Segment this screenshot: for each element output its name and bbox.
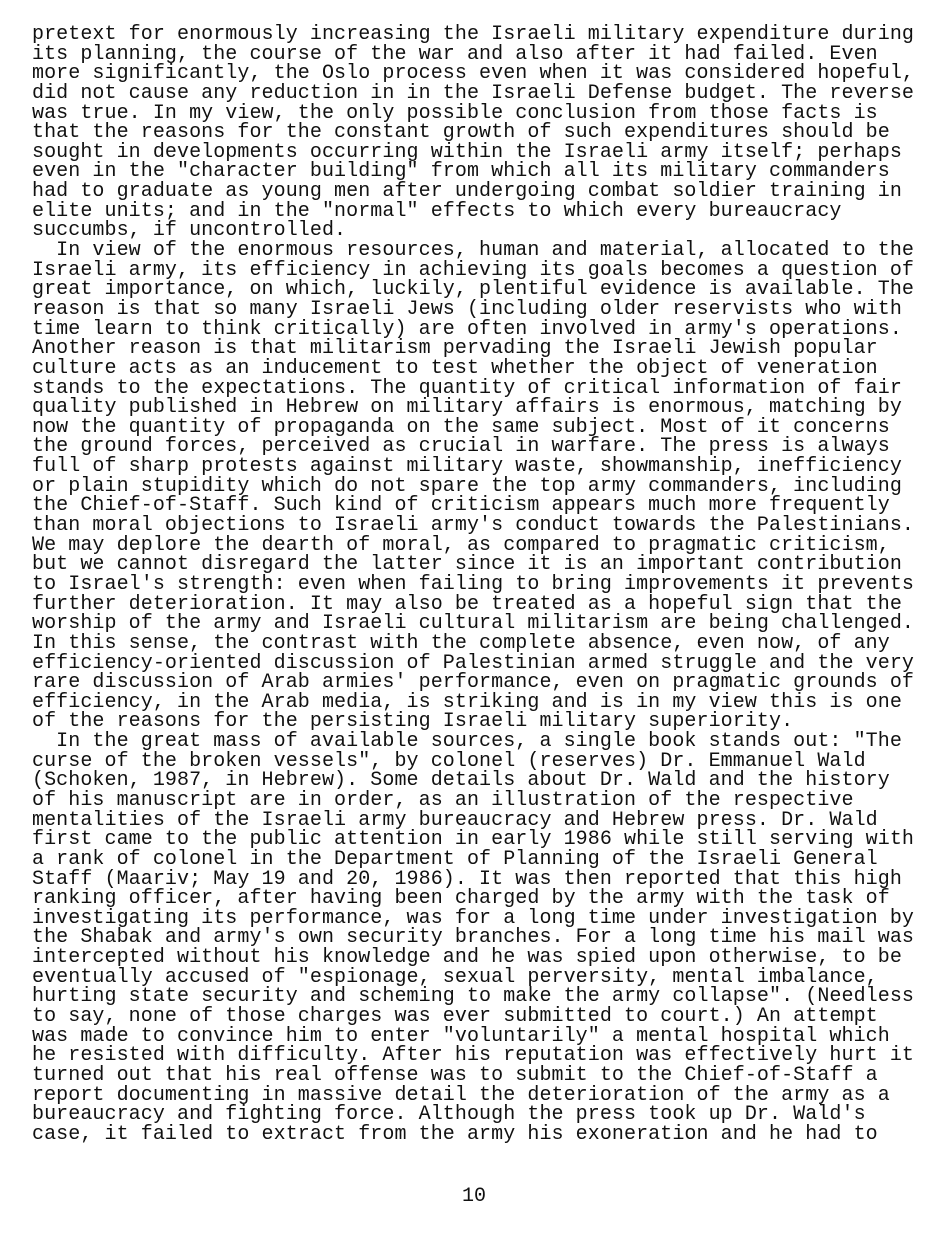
text-line: more significantly, the Oslo process eve… (32, 64, 932, 84)
text-line: turned out that his real offense was to … (32, 1066, 932, 1086)
text-line: to Israel's strength: even when failing … (32, 575, 932, 595)
text-line: than moral objections to Israeli army's … (32, 516, 932, 536)
text-line: In the great mass of available sources, … (32, 732, 932, 752)
text-line: ranking officer, after having been charg… (32, 889, 932, 909)
text-line: Another reason is that militarism pervad… (32, 339, 932, 359)
text-line: In view of the enormous resources, human… (32, 241, 932, 261)
text-line: pretext for enormously increasing the Is… (32, 25, 932, 45)
text-line: bureaucracy and fighting force. Although… (32, 1105, 932, 1125)
text-line: a rank of colonel in the Department of P… (32, 850, 932, 870)
text-line: culture acts as an inducement to test wh… (32, 359, 932, 379)
text-line: to say, none of those charges was ever s… (32, 1007, 932, 1027)
body-text: pretext for enormously increasing the Is… (32, 25, 932, 1145)
text-line: reason is that so many Israeli Jews (inc… (32, 300, 932, 320)
text-line: intercepted without his knowledge and he… (32, 948, 932, 968)
text-line: In this sense, the contrast with the com… (32, 634, 932, 654)
text-line: but we cannot disregard the latter since… (32, 555, 932, 575)
text-line: that the reasons for the constant growth… (32, 123, 932, 143)
text-line: worship of the army and Israeli cultural… (32, 614, 932, 634)
text-line: case, it failed to extract from the army… (32, 1125, 932, 1145)
text-line: did not cause any reduction in in the Is… (32, 84, 932, 104)
text-line: quality published in Hebrew on military … (32, 398, 932, 418)
text-line: first came to the public attention in ea… (32, 830, 932, 850)
text-line: had to graduate as young men after under… (32, 182, 932, 202)
text-line: of his manuscript are in order, as an il… (32, 791, 932, 811)
document-page: pretext for enormously increasing the Is… (0, 0, 943, 1238)
text-line: full of sharp protests against military … (32, 457, 932, 477)
text-line: rare discussion of Arab armies' performa… (32, 673, 932, 693)
text-line: he resisted with difficulty. After his r… (32, 1046, 932, 1066)
page-number: 10 (462, 1185, 486, 1208)
